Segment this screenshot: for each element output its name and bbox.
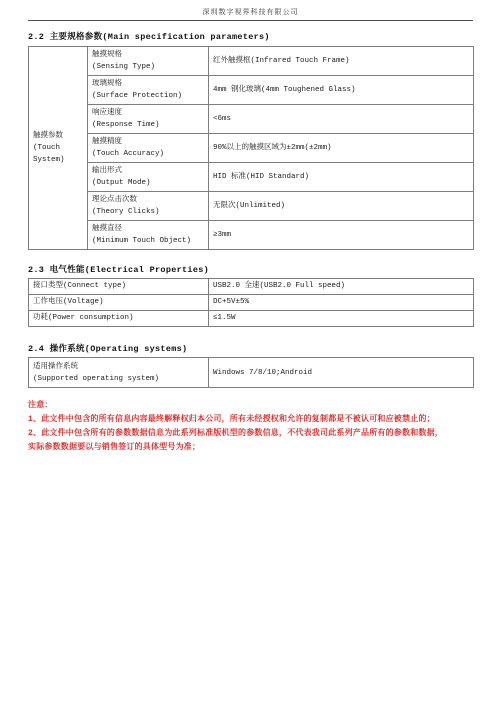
electrical-value-cell: ≤1.5W: [209, 311, 474, 327]
electrical-label-cell: 功耗(Power consumption): [29, 311, 209, 327]
spec-label-zh: 触摸规格: [92, 49, 204, 61]
document-content: 深圳数字视界科技有限公司 2.2 主要规格参数(Main specificati…: [28, 0, 473, 455]
spec-value-cell: 90%以上的触摸区域为±2mm(±2mm): [209, 134, 474, 163]
spec-table-row: 玻璃规格 (Surface Protection) 4mm 钢化玻璃(4mm T…: [29, 76, 474, 105]
header-divider: [28, 20, 473, 21]
electrical-table: 接口类型(Connect type) USB2.0 全速(USB2.0 Full…: [28, 278, 474, 327]
os-label-cell: 适用操作系统 (Supported operating system): [29, 358, 209, 388]
spec-label-cell: 触摸精度 (Touch Accuracy): [88, 134, 209, 163]
os-label-zh: 适用操作系统: [33, 361, 204, 373]
spec-label-zh: 触摸直径: [92, 223, 204, 235]
note-line-3: 实际参数数据要以与销售签订的具体型号为准；: [28, 441, 473, 455]
spec-label-cell: 响应速度 (Response Time): [88, 105, 209, 134]
electrical-table-row: 工作电压(Voltage) DC+5V±5%: [29, 295, 474, 311]
spec-label-cell: 理论点击次数 (Theory Clicks): [88, 192, 209, 221]
note-line-2: 2、此文件中包含所有的参数数据信息为此系列标准版机型的参数信息，不代表我司此系列…: [28, 427, 473, 441]
os-table-row: 适用操作系统 (Supported operating system) Wind…: [29, 358, 474, 388]
spec-table-row: 触摸直径 (Minimum Touch Object) ≥3mm: [29, 221, 474, 250]
spec-label-cell: 触摸规格 (Sensing Type): [88, 47, 209, 76]
electrical-table-row: 接口类型(Connect type) USB2.0 全速(USB2.0 Full…: [29, 279, 474, 295]
section-title-electrical: 2.3 电气性能(Electrical Properties): [28, 263, 473, 275]
electrical-label-cell: 工作电压(Voltage): [29, 295, 209, 311]
spec-label-en: (Response Time): [92, 119, 204, 131]
spec-table-row: 触摸精度 (Touch Accuracy) 90%以上的触摸区域为±2mm(±2…: [29, 134, 474, 163]
electrical-value-cell: USB2.0 全速(USB2.0 Full speed): [209, 279, 474, 295]
spec-label-cell: 玻璃规格 (Surface Protection): [88, 76, 209, 105]
company-name: 深圳数字视界科技有限公司: [203, 9, 299, 17]
spec-table-row: 理论点击次数 (Theory Clicks) 无限次(Unlimited): [29, 192, 474, 221]
spec-table-row: 输出形式 (Output Mode) HID 标准(HID Standard): [29, 163, 474, 192]
spec-label-en: (Output Mode): [92, 177, 204, 189]
section-title-spec: 2.2 主要规格参数(Main specification parameters…: [28, 30, 473, 42]
company-header: 深圳数字视界科技有限公司: [28, 0, 473, 17]
spec-label-zh: 输出形式: [92, 165, 204, 177]
electrical-table-row: 功耗(Power consumption) ≤1.5W: [29, 311, 474, 327]
spec-label-en: (Surface Protection): [92, 90, 204, 102]
electrical-value-cell: DC+5V±5%: [209, 295, 474, 311]
os-label-en: (Supported operating system): [33, 373, 204, 385]
spec-label-en: (Sensing Type): [92, 61, 204, 73]
spec-label-cell: 触摸直径 (Minimum Touch Object): [88, 221, 209, 250]
spec-table-row: 响应速度 (Response Time) <6ms: [29, 105, 474, 134]
spec-value-cell: 无限次(Unlimited): [209, 192, 474, 221]
spec-value-cell: HID 标准(HID Standard): [209, 163, 474, 192]
spec-label-zh: 玻璃规格: [92, 78, 204, 90]
spec-group-cell: 触摸参数 (Touch System): [29, 47, 88, 250]
os-value-cell: Windows 7/8/10;Android: [209, 358, 474, 388]
spec-label-zh: 理论点击次数: [92, 194, 204, 206]
electrical-label-cell: 接口类型(Connect type): [29, 279, 209, 295]
spec-table: 触摸参数 (Touch System) 触摸规格 (Sensing Type) …: [28, 46, 474, 250]
spec-value-cell: 4mm 钢化玻璃(4mm Toughened Glass): [209, 76, 474, 105]
spec-table-row: 触摸参数 (Touch System) 触摸规格 (Sensing Type) …: [29, 47, 474, 76]
spec-value-cell: <6ms: [209, 105, 474, 134]
os-table: 适用操作系统 (Supported operating system) Wind…: [28, 357, 474, 388]
spec-label-en: (Minimum Touch Object): [92, 235, 204, 247]
spec-label-cell: 输出形式 (Output Mode): [88, 163, 209, 192]
section-title-os: 2.4 操作系统(Operating systems): [28, 342, 473, 354]
note-line-1: 1、此文件中包含的所有信息内容最终解释权归本公司，所有未经授权和允许的复制都是不…: [28, 413, 473, 427]
spec-value-cell: ≥3mm: [209, 221, 474, 250]
spec-label-en: (Theory Clicks): [92, 206, 204, 218]
spec-label-zh: 触摸精度: [92, 136, 204, 148]
spec-label-en: (Touch Accuracy): [92, 148, 204, 160]
spec-label-zh: 响应速度: [92, 107, 204, 119]
spec-value-cell: 红外触摸框(Infrared Touch Frame): [209, 47, 474, 76]
notes-block: 注意： 1、此文件中包含的所有信息内容最终解释权归本公司，所有未经授权和允许的复…: [28, 399, 473, 455]
notes-title: 注意：: [28, 399, 473, 413]
document-page: 深圳数字视界科技有限公司 2.2 主要规格参数(Main specificati…: [0, 0, 500, 708]
